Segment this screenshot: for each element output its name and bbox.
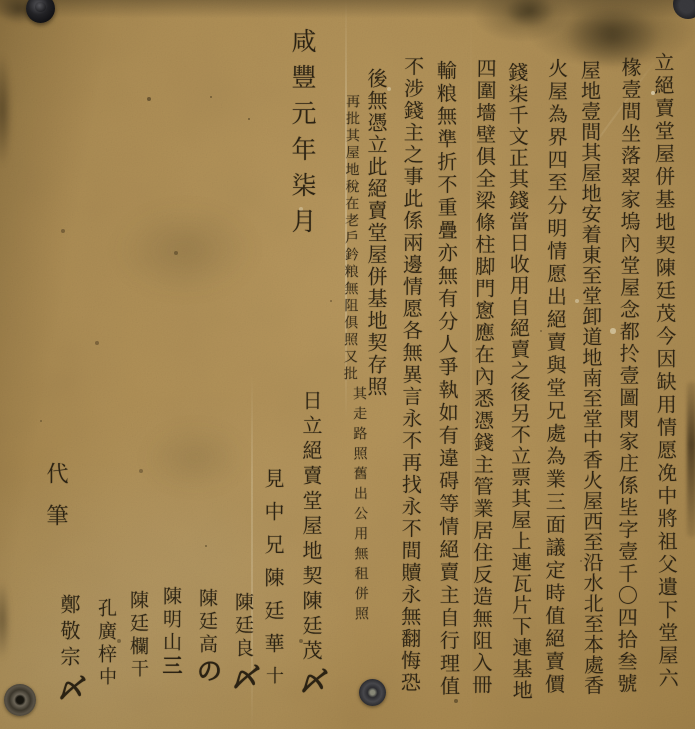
signature-mark-icon: 三: [159, 655, 183, 675]
date-column: 咸豐元年柒月: [290, 28, 315, 244]
stain-mid-left-smear: [145, 425, 245, 490]
deed-column-8: 不涉錢主之事此係兩邊情愿各無異言永不再找永不間贖永無翻悔恐: [399, 56, 422, 694]
push-pin-top-left-icon: [26, 0, 55, 23]
signature-name: 鄭敬宗: [57, 594, 81, 672]
witness-name: 陳廷華: [261, 567, 285, 666]
signature-chen-mingshan: 陳明山三: [161, 586, 181, 675]
postscript-column-2: 其走路照舊出公用無租併照: [352, 386, 368, 626]
stain-center-smudge: [115, 205, 255, 295]
executor-label: 日立絕賣堂屋地契: [299, 390, 323, 590]
deed-column-3: 屋地壹間其屋地安着東至堂卸道地南至堂中香火屋西至沿水北至本處香: [579, 60, 602, 696]
stain-left-edge: [0, 52, 12, 167]
witness-label: 見中兄: [261, 468, 285, 567]
executor-name: 陳廷茂: [299, 590, 323, 665]
signature-name: 陳廷高: [196, 588, 218, 657]
scribe-label: 代筆: [44, 462, 66, 546]
stain-top-mid: [505, 0, 555, 28]
stain-left-lower-edge: [0, 580, 10, 660]
stain-right-edge-streak: [687, 382, 695, 537]
executor-mark-icon: 〆: [294, 663, 328, 697]
push-pin-bottom-left-icon: [4, 684, 36, 716]
signature-name: 陳廷欄: [127, 590, 149, 659]
signature-zheng-jingzong: 鄭敬宗〆: [54, 594, 84, 702]
signature-chen-tinglan: 陳廷欄干: [128, 590, 147, 677]
deed-column-1: 立絕賣堂屋併基地契陳廷茂今因缺用情愿凂中將祖父遺下堂屋六: [653, 52, 677, 691]
signature-name: 孔廣梓: [95, 598, 117, 667]
signature-mark-icon: 〆: [52, 670, 86, 704]
witness-mark-icon: 十: [263, 666, 284, 684]
push-pin-bottom-center-icon: [359, 679, 386, 706]
signature-chen-tinggao: 陳廷高の: [194, 588, 220, 683]
signature-kong-guangzi: 孔廣梓中: [96, 598, 115, 685]
deed-column-5: 錢柒千文正其錢當日收用自絕賣之後另不立票其屋上連瓦片下連基地: [507, 62, 531, 701]
signature-name: 陳明山: [160, 586, 182, 655]
signature-mark-icon: 干: [128, 659, 149, 677]
signature-mark-icon: 〆: [226, 659, 260, 693]
deed-column-7: 輸粮無準折不重疊亦無有分人爭執如有違碍等情絕賣主自行理值: [435, 60, 458, 699]
deed-column-2: 椽壹間坐落翠家塢內堂屋念都扵壹圖閔家庄係坒字壹千〇四拾叁號: [616, 57, 640, 695]
deed-column-9: 後無憑立此絕賣堂屋併基地契存照: [366, 68, 386, 398]
signature-mark-icon: 中: [96, 667, 117, 685]
push-pin-top-right-icon: [673, 0, 695, 19]
paper-damage-specks: [0, 0, 2, 2]
executor-line: 日立絕賣堂屋地契陳廷茂〆: [296, 390, 326, 695]
deed-column-6: 四圍墻壁俱全梁條柱脚門窻應在內悉憑錢主管業居住反造無阻入冊: [471, 58, 495, 696]
postscript-column-1: 再批其屋地稅在老戶鈐粮無阻俱照又批: [343, 94, 360, 383]
stain-top-right: [565, 6, 660, 68]
deed-column-4: 火屋為界四至分明情愿出絕賣與堂兄處為業三面議定時值絕賣價: [543, 58, 566, 697]
foxing-speckles: [0, 0, 2, 2]
signature-mark-icon: の: [192, 657, 222, 683]
signature-name: 陳廷良: [232, 592, 254, 661]
witness-line: 見中兄陳廷華十: [263, 468, 283, 684]
signature-chen-tingliang: 陳廷良〆: [228, 592, 258, 691]
deed-photograph: 立絕賣堂屋併基地契陳廷茂今因缺用情愿凂中將祖父遺下堂屋六 椽壹間坐落翠家塢內堂屋…: [0, 0, 695, 729]
